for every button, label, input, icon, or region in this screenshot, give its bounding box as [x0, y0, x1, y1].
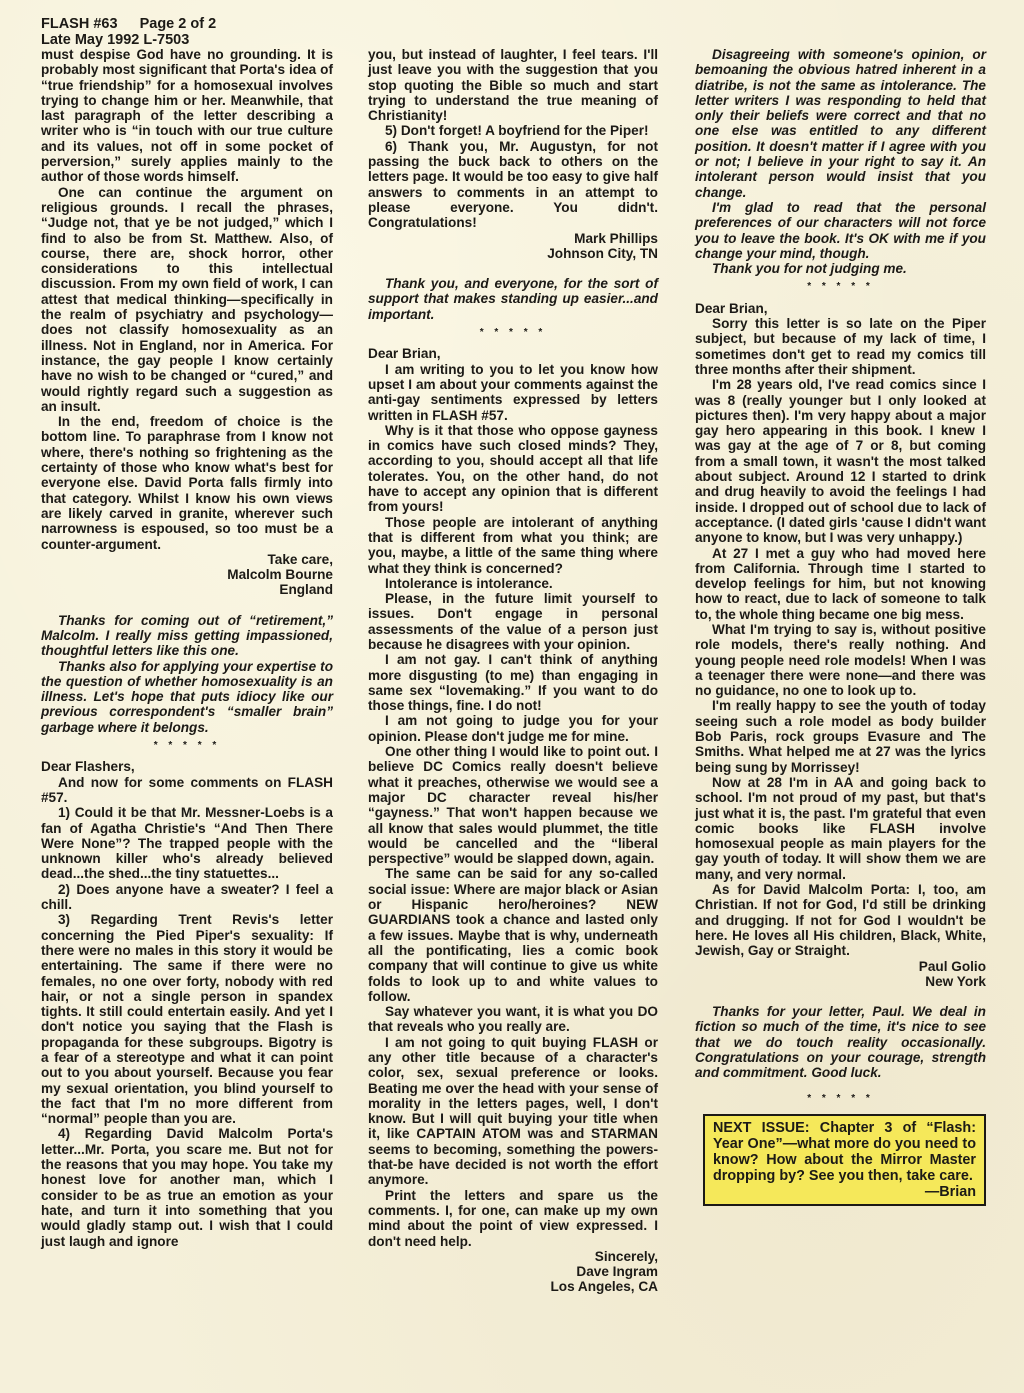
- separator-stars: * * * * *: [695, 279, 986, 294]
- salutation: Dear Brian,: [695, 301, 986, 316]
- separator-stars: * * * * *: [695, 1091, 986, 1106]
- letter-paragraph: 2) Does anyone have a sweater? I feel a …: [41, 882, 333, 913]
- signature-name: Malcolm Bourne: [41, 567, 333, 582]
- letter-paragraph: I'm really happy to see the youth of tod…: [695, 698, 986, 774]
- next-issue-signature: —Brian: [713, 1184, 976, 1200]
- letter-paragraph: I am not going to quit buying FLASH or a…: [368, 1035, 658, 1188]
- letters-page: FLASH #63 Page 2 of 2 Late May 1992 L-75…: [0, 0, 1024, 1393]
- letter-paragraph: Sorry this letter is so late on the Pipe…: [695, 316, 986, 377]
- column-3: Disagreeing with someone's opinion, or b…: [695, 47, 986, 1206]
- column-2: you, but instead of laughter, I feel tea…: [368, 47, 658, 1295]
- date-code: Late May 1992 L-7503: [41, 32, 216, 48]
- letter-paragraph: What I'm trying to say is, without posit…: [695, 622, 986, 698]
- signature-location: Los Angeles, CA: [368, 1279, 658, 1294]
- signature-name: Paul Golio: [695, 959, 986, 974]
- editor-reply: Thanks also for applying your expertise …: [41, 659, 333, 735]
- letter-paragraph: 5) Don't forget! A boyfriend for the Pip…: [368, 123, 658, 138]
- letter-paragraph: The same can be said for any so-called s…: [368, 866, 658, 1004]
- letter-paragraph: 1) Could it be that Mr. Messner-Loebs is…: [41, 805, 333, 881]
- separator-stars: * * * * *: [41, 738, 333, 753]
- signature-location: Johnson City, TN: [368, 246, 658, 261]
- letter-paragraph: At 27 I met a guy who had moved here fro…: [695, 546, 986, 622]
- letter-paragraph: One other thing I would like to point ou…: [368, 744, 658, 866]
- signature-location: England: [41, 582, 333, 597]
- editor-reply: I'm glad to read that the personal prefe…: [695, 200, 986, 261]
- salutation: Dear Brian,: [368, 346, 658, 361]
- letter-paragraph: As for David Malcolm Porta: I, too, am C…: [695, 882, 986, 958]
- editor-reply: Thank you, and everyone, for the sort of…: [368, 276, 658, 322]
- letter-paragraph: Please, in the future limit yourself to …: [368, 591, 658, 652]
- letter-paragraph: Those people are intolerant of anything …: [368, 515, 658, 576]
- salutation: Dear Flashers,: [41, 759, 333, 774]
- letter-paragraph: Intolerance is intolerance.: [368, 576, 658, 591]
- signature-location: New York: [695, 974, 986, 989]
- letter-paragraph: you, but instead of laughter, I feel tea…: [368, 47, 658, 123]
- next-issue-text: NEXT ISSUE: Chapter 3 of “Flash: Year On…: [713, 1120, 976, 1184]
- letter-paragraph: Print the letters and spare us the comme…: [368, 1188, 658, 1249]
- letter-paragraph: I am not gay. I can't think of anything …: [368, 652, 658, 713]
- signoff: Sincerely,: [368, 1249, 658, 1264]
- letter-paragraph: Say whatever you want, it is what you DO…: [368, 1004, 658, 1035]
- next-issue-box: NEXT ISSUE: Chapter 3 of “Flash: Year On…: [703, 1114, 986, 1206]
- page-number: Page 2 of 2: [140, 16, 217, 32]
- letter-paragraph: 6) Thank you, Mr. Augustyn, for not pass…: [368, 139, 658, 231]
- editor-reply: Thanks for coming out of “retirement,” M…: [41, 613, 333, 659]
- letter-paragraph: In the end, freedom of choice is the bot…: [41, 414, 333, 552]
- editor-reply: Disagreeing with someone's opinion, or b…: [695, 47, 986, 200]
- issue-title: FLASH #63: [41, 16, 118, 32]
- letter-paragraph: I am not going to judge you for your opi…: [368, 713, 658, 744]
- signoff: Take care,: [41, 552, 333, 567]
- editor-reply: Thanks for your letter, Paul. We deal in…: [695, 1004, 986, 1080]
- letter-paragraph: I am writing to you to let you know how …: [368, 362, 658, 423]
- letter-paragraph: Now at 28 I'm in AA and going back to sc…: [695, 775, 986, 882]
- signature-name: Mark Phillips: [368, 231, 658, 246]
- editor-reply: Thank you for not judging me.: [695, 261, 986, 276]
- letter-paragraph: must despise God have no grounding. It i…: [41, 47, 333, 185]
- separator-stars: * * * * *: [368, 325, 658, 340]
- letter-paragraph: And now for some comments on FLASH #57.: [41, 775, 333, 806]
- page-header: FLASH #63 Page 2 of 2 Late May 1992 L-75…: [41, 16, 216, 48]
- letter-paragraph: Why is it that those who oppose gayness …: [368, 423, 658, 515]
- letter-paragraph: 4) Regarding David Malcolm Porta's lette…: [41, 1126, 333, 1248]
- column-1: must despise God have no grounding. It i…: [41, 47, 333, 1249]
- signature-name: Dave Ingram: [368, 1264, 658, 1279]
- letter-paragraph: One can continue the argument on religio…: [41, 185, 333, 414]
- letter-paragraph: I'm 28 years old, I've read comics since…: [695, 377, 986, 545]
- letter-paragraph: 3) Regarding Trent Revis's letter concer…: [41, 912, 333, 1126]
